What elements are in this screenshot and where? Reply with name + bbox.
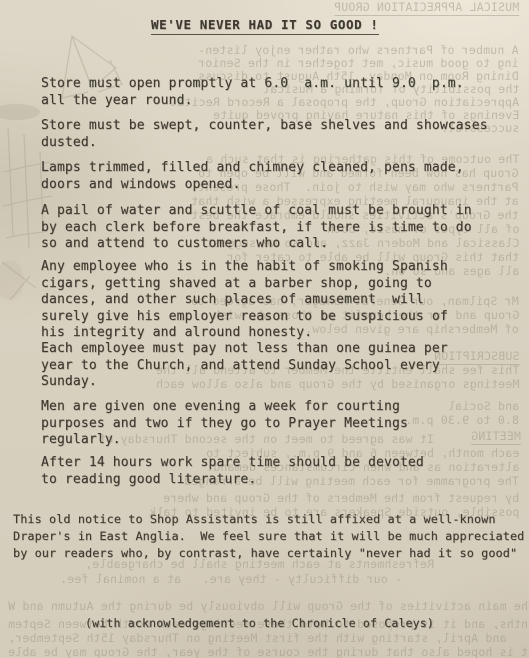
paragraph-church-guinea: Each employee must pay not less than one…: [41, 341, 448, 391]
paragraph-courting: Men are given one evening a week for cou…: [41, 399, 408, 449]
typed-content: WE'VE NEVER HAD IT SO GOOD ! Store must …: [0, 0, 529, 658]
paragraph-sweeping: Store must be swept, counter, base shelv…: [41, 118, 488, 151]
scanned-notice-page: MUSICAL APPRECIATION GROUPA number of Pa…: [0, 0, 529, 658]
paragraph-opening-hours: Store must open promptly at 6.0 a.m. unt…: [41, 76, 464, 109]
paragraph-lamps: Lamps trimmed, filled and chimney cleane…: [41, 160, 464, 193]
notice-title: WE'VE NEVER HAD IT SO GOOD !: [151, 17, 379, 35]
paragraph-literature: After 14 hours work spare time should be…: [41, 455, 424, 488]
paragraph-conduct: Any employee who is in the habit of smok…: [41, 259, 448, 342]
paragraph-pail-of-water: A pail of water and scuttle of coal must…: [41, 203, 472, 253]
closing-commentary: This old notice to Shop Assistants is st…: [13, 511, 524, 563]
acknowledgement-line: (with acknowledgement to the Chronicle o…: [85, 616, 434, 630]
